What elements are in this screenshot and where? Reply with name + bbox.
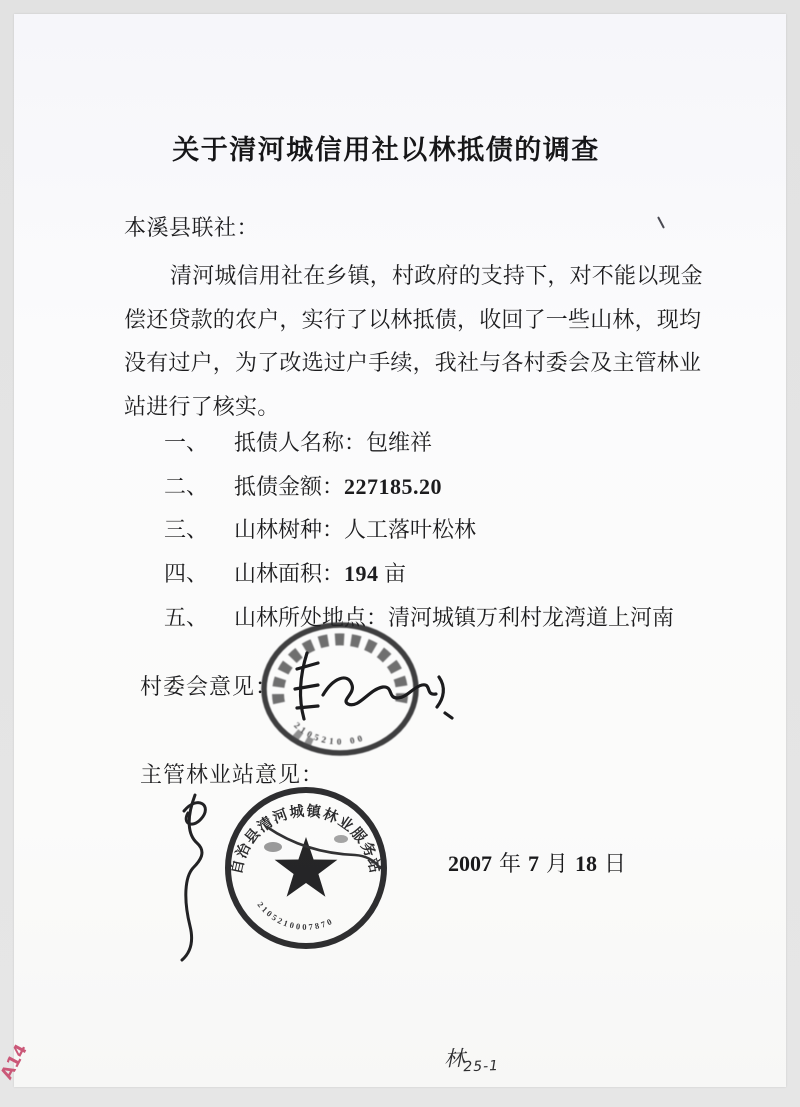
paragraph-line: 偿还贷款的农户，实行了以林抵债，收回了一些山林，现均 [124,298,704,342]
item-number: 五、 [164,596,234,640]
handwritten-file-code: 林25-1 [443,1041,499,1076]
item-number: 一、 [164,421,234,465]
forestry-signature-scribble [182,795,205,960]
list-item-debtor-name: 一、抵债人名称：包维祥 [164,421,674,465]
item-label: 山林树种： [234,517,344,542]
item-value: 194 [344,561,379,586]
item-label: 抵债人名称： [234,430,366,455]
scanner-background: 关于清河城信用社以林抵债的调查 本溪县联社： 清河城信用社在乡镇，村政府的支持下… [0,0,800,1107]
svg-text:2105210007870: 2105210007870 [255,900,335,932]
file-code-character: 林 [444,1046,464,1071]
date-year-unit: 年 [499,851,521,876]
paragraph-line: 清河城信用社在乡镇，村政府的支持下，对不能以现金 [124,254,704,298]
date-day: 18 [575,851,597,876]
date-day-unit: 日 [604,851,626,876]
salutation: 本溪县联社： [124,211,259,242]
body-paragraph: 清河城信用社在乡镇，村政府的支持下，对不能以现金 偿还贷款的农户，实行了以林抵债… [124,254,704,428]
village-signature-scribble [295,653,452,719]
item-value: 包维祥 [366,430,432,455]
date-month-unit: 月 [546,851,568,876]
item-number: 三、 [164,508,234,552]
document-date: 2007年7月18日 [448,847,633,878]
forestry-station-seal: 自治县清河城镇林业服务站 2105210007870 [165,775,410,965]
paragraph-line: 没有过户，为了改选过户手续，我社与各村委会及主管林业 [124,341,704,385]
document-title: 关于清河城信用社以林抵债的调查 [0,128,772,167]
document-page: 关于清河城信用社以林抵债的调查 本溪县联社： 清河城信用社在乡镇，村政府的支持下… [14,14,786,1087]
forestry-seal-number: 2105210007870 [255,900,335,932]
numbered-list: 一、抵债人名称：包维祥 二、抵债金额：227185.20 三、山林树种：人工落叶… [164,421,674,639]
date-month: 7 [528,851,539,876]
list-item-debt-amount: 二、抵债金额：227185.20 [164,465,674,509]
date-year: 2007 [448,851,492,876]
item-label: 抵债金额： [234,474,344,499]
list-item-tree-species: 三、山林树种：人工落叶松林 [164,508,674,552]
item-value: 227185.20 [344,474,442,499]
item-suffix: 亩 [379,561,407,586]
list-item-forest-area: 四、山林面积：194 亩 [164,552,674,596]
item-number: 四、 [164,552,234,596]
file-code-number: 25-1 [463,1058,499,1075]
item-number: 二、 [164,465,234,509]
item-value: 人工落叶松林 [344,517,476,542]
village-committee-seal: 2105210 00 [255,615,485,780]
item-label: 山林面积： [234,561,344,586]
